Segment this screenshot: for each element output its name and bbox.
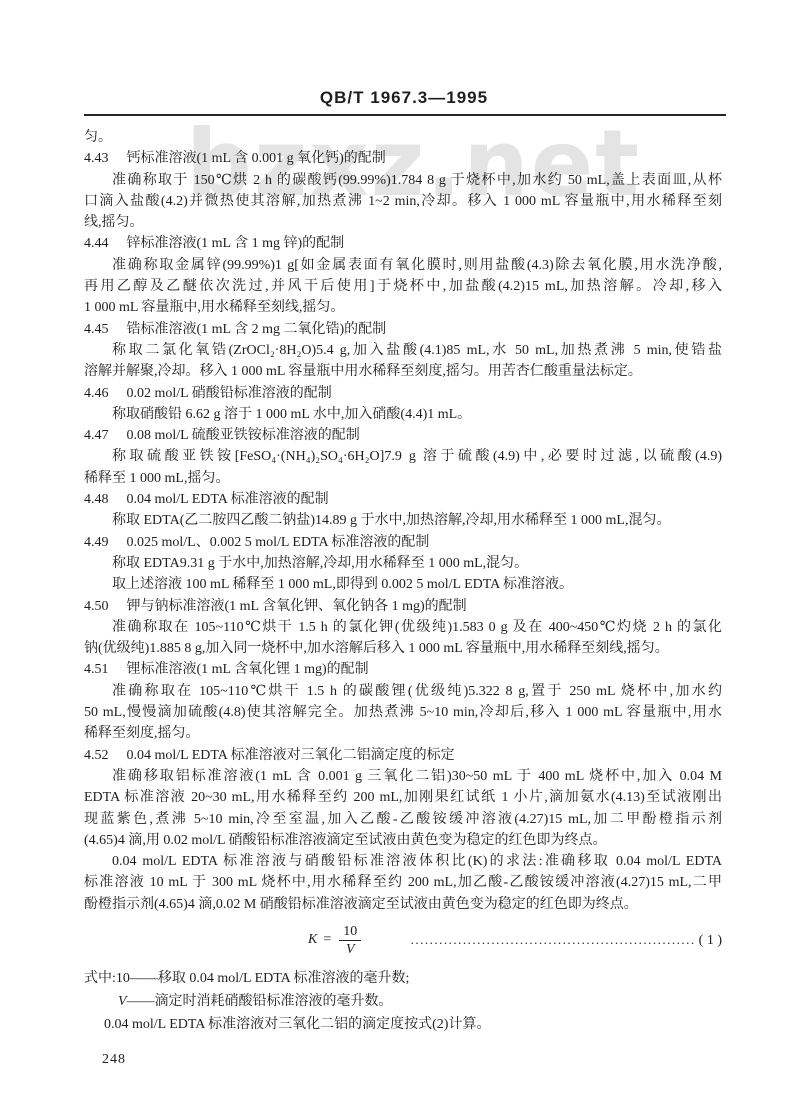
clause-title: 0.025 mol/L、0.002 5 mol/L EDTA 标准溶液的配制 <box>127 535 430 550</box>
equals-sign: = <box>323 932 331 948</box>
clause-number: 4.47 <box>84 428 109 443</box>
paragraph-line: 1 000 mL 容量瓶中,用水稀释至刻线,摇匀。 <box>84 297 722 318</box>
clause-number: 4.44 <box>84 236 109 251</box>
explanation-line: 式中:10——移取 0.04 mol/L EDTA 标准溶液的毫升数; <box>84 967 722 990</box>
clause-number: 4.50 <box>84 599 109 614</box>
paragraph-line: 称取 EDTA(乙二胺四乙酸二钠盐)14.89 g 于水中,加热溶解,冷却,用水… <box>84 510 722 531</box>
clause-number: 4.49 <box>84 535 109 550</box>
equation-leader: ........................................… <box>411 932 722 949</box>
section-heading: 4.51锂标准溶液(1 mL 含氧化锂 1 mg)的配制 <box>84 659 722 680</box>
doc-number: QB/T 1967.3—1995 <box>84 88 724 108</box>
equation-1: K = 10 V ...............................… <box>84 915 722 967</box>
section-4-49: 4.490.025 mol/L、0.002 5 mol/L EDTA 标准溶液的… <box>84 532 722 596</box>
header-divider <box>84 114 726 116</box>
paragraph-line: 准确移取铝标准溶液(1 mL 含 0.001 g 三氧化二铝)30~50 mL … <box>84 766 722 787</box>
section-4-50: 4.50钾与钠标准溶液(1 mL 含氧化钾、氧化钠各 1 mg)的配制 准确称取… <box>84 596 722 660</box>
paragraph-line: 稀释至刻度,摇匀。 <box>84 723 722 744</box>
section-4-46: 4.460.02 mol/L 硝酸铅标准溶液的配制 称取硝酸铅 6.62 g 溶… <box>84 383 722 426</box>
fraction: 10 V <box>339 923 361 958</box>
explanation-line: 0.04 mol/L EDTA 标准溶液对三氧化二铝的滴定度按式(2)计算。 <box>84 1013 722 1036</box>
fraction-denominator: V <box>346 941 355 958</box>
clause-number: 4.46 <box>84 386 109 401</box>
clause-number: 4.51 <box>84 662 109 677</box>
clause-number: 4.45 <box>84 322 109 337</box>
paragraph-line: 称取 EDTA9.31 g 于水中,加热溶解,冷却,用水稀释至 1 000 mL… <box>84 553 722 574</box>
paragraph-line: 标准溶液 10 mL 于 300 mL 烧杯中,用水稀释至约 200 mL,加乙… <box>84 872 722 893</box>
section-4-52: 4.520.04 mol/L EDTA 标准溶液对三氧化二铝滴定度的标定 准确移… <box>84 745 722 915</box>
formula-explanation: 式中:10——移取 0.04 mol/L EDTA 标准溶液的毫升数; V——滴… <box>84 967 722 1036</box>
variable-v: V <box>118 994 127 1009</box>
clause-title: 0.04 mol/L EDTA 标准溶液的配制 <box>127 492 329 507</box>
paragraph-line: 现蓝紫色,煮沸 5~10 min,冷至室温,加入乙酸-乙酸铵缓冲溶液(4.27)… <box>84 809 722 830</box>
section-heading: 4.460.02 mol/L 硝酸铅标准溶液的配制 <box>84 383 722 404</box>
equation-number: ( 1 ) <box>699 933 722 949</box>
clause-number: 4.48 <box>84 492 109 507</box>
paragraph-line: 50 mL,慢慢滴加硫酸(4.8)使其溶解完全。加热煮沸 5~10 min,冷却… <box>84 702 722 723</box>
section-4-51: 4.51锂标准溶液(1 mL 含氧化锂 1 mg)的配制 准确称取在 105~1… <box>84 659 722 744</box>
clause-title: 0.02 mol/L 硝酸铅标准溶液的配制 <box>127 386 332 401</box>
paragraph-line: 取上述溶液 100 mL 稀释至 1 000 mL,即得到 0.002 5 mo… <box>84 574 722 595</box>
clause-title: 钙标准溶液(1 mL 含 0.001 g 氧化钙)的配制 <box>127 151 386 166</box>
paragraph-line: 准确称取金属锌(99.99%)1 g[如金属表面有氧化膜时,则用盐酸(4.3)除… <box>84 255 722 276</box>
page-number: 248 <box>102 1052 126 1068</box>
explanation-line: V——滴定时消耗硝酸铅标准溶液的毫升数。 <box>84 990 722 1013</box>
clause-number: 4.52 <box>84 748 109 763</box>
section-4-44: 4.44锌标准溶液(1 mL 含 1 mg 锌)的配制 准确称取金属锌(99.9… <box>84 233 722 318</box>
section-heading: 4.50钾与钠标准溶液(1 mL 含氧化钾、氧化钠各 1 mg)的配制 <box>84 596 722 617</box>
paragraph-line: 口滴入盐酸(4.2)并微热使其溶解,加热煮沸 1~2 min,冷却。移入 1 0… <box>84 191 722 212</box>
section-4-43: 4.43钙标准溶液(1 mL 含 0.001 g 氧化钙)的配制 准确称取于 1… <box>84 148 722 233</box>
clause-title: 0.04 mol/L EDTA 标准溶液对三氧化二铝滴定度的标定 <box>127 748 455 763</box>
section-4-45: 4.45锆标准溶液(1 mL 含 2 mg 二氧化锆)的配制 称取二氯化氧锆(Z… <box>84 319 722 383</box>
clause-title: 锌标准溶液(1 mL 含 1 mg 锌)的配制 <box>127 236 345 251</box>
section-4-47: 4.470.08 mol/L 硫酸亚铁铵标准溶液的配制 称取硫酸亚铁铵[FeSO… <box>84 425 722 489</box>
paragraph-line: 再用乙醇及乙醚依次洗过,并风干后使用]于烧杯中,加盐酸(4.2)15 mL,加热… <box>84 276 722 297</box>
leader-dots: ........................................… <box>411 932 696 948</box>
paragraph-line: 溶解并解聚,冷却。移入 1 000 mL 容量瓶中用水稀释至刻度,摇匀。用苦杏仁… <box>84 361 722 382</box>
section-heading: 4.43钙标准溶液(1 mL 含 0.001 g 氧化钙)的配制 <box>84 148 722 169</box>
paragraph-line: 准确称取于 150℃烘 2 h 的碳酸钙(99.99%)1.784 8 g 于烧… <box>84 170 722 191</box>
explanation-text: ——滴定时消耗硝酸铅标准溶液的毫升数。 <box>127 994 393 1009</box>
paragraph-line: 准确称取在 105~110℃烘干 1.5 h 的氯化钾(优级纯)1.583 0 … <box>84 617 722 638</box>
clause-title: 锂标准溶液(1 mL 含氧化锂 1 mg)的配制 <box>127 662 369 677</box>
section-heading: 4.490.025 mol/L、0.002 5 mol/L EDTA 标准溶液的… <box>84 532 722 553</box>
paragraph-line: (4.65)4 滴,用 0.02 mol/L 硝酸铅标准溶液滴定至试液由黄色变为… <box>84 830 722 851</box>
paragraph-line: 称取硝酸铅 6.62 g 溶于 1 000 mL 水中,加入硝酸(4.4)1 m… <box>84 404 722 425</box>
section-heading: 4.44锌标准溶液(1 mL 含 1 mg 锌)的配制 <box>84 233 722 254</box>
document-page: bzxz.net QB/T 1967.3—1995 匀。 4.43钙标准溶液(1… <box>0 0 800 1110</box>
section-heading: 4.470.08 mol/L 硫酸亚铁铵标准溶液的配制 <box>84 425 722 446</box>
paragraph-line: 酚橙指示剂(4.65)4 滴,0.02 M 硝酸铅标准溶液滴定至试液由黄色变为稳… <box>84 894 722 915</box>
clause-title: 钾与钠标准溶液(1 mL 含氧化钾、氧化钠各 1 mg)的配制 <box>127 599 467 614</box>
paragraph-line: 称取二氯化氧锆(ZrOCl₂·8H₂O)5.4 g,加入盐酸(4.1)85 mL… <box>84 340 722 361</box>
paragraph-line: 准确称取在 105~110℃烘干 1.5 h 的碳酸锂(优级纯)5.322 8 … <box>84 681 722 702</box>
clause-number: 4.43 <box>84 151 109 166</box>
continuation-line: 匀。 <box>84 127 722 148</box>
section-heading: 4.480.04 mol/L EDTA 标准溶液的配制 <box>84 489 722 510</box>
paragraph-line: 线,摇匀。 <box>84 212 722 233</box>
clause-title: 0.08 mol/L 硫酸亚铁铵标准溶液的配制 <box>127 428 360 443</box>
paragraph-line: 钠(优级纯)1.885 8 g,加入同一烧杯中,加水溶解后移入 1 000 mL… <box>84 638 722 659</box>
section-heading: 4.45锆标准溶液(1 mL 含 2 mg 二氧化锆)的配制 <box>84 319 722 340</box>
section-4-48: 4.480.04 mol/L EDTA 标准溶液的配制 称取 EDTA(乙二胺四… <box>84 489 722 532</box>
paragraph-line: 0.04 mol/L EDTA 标准溶液与硝酸铅标准溶液体积比(K)的求法:准确… <box>84 851 722 872</box>
section-heading: 4.520.04 mol/L EDTA 标准溶液对三氧化二铝滴定度的标定 <box>84 745 722 766</box>
paragraph-line: 稀释至 1 000 mL,摇匀。 <box>84 468 722 489</box>
document-body: 匀。 4.43钙标准溶液(1 mL 含 0.001 g 氧化钙)的配制 准确称取… <box>84 127 722 1036</box>
paragraph-line: EDTA 标准溶液 20~30 mL,用水稀释至约 200 mL,加刚果红试纸 … <box>84 787 722 808</box>
formula-variable-k: K <box>308 932 317 948</box>
clause-title: 锆标准溶液(1 mL 含 2 mg 二氧化锆)的配制 <box>127 322 387 337</box>
paragraph-line: 称取硫酸亚铁铵[FeSO₄·(NH₄)₂SO₄·6H₂O]7.9 g 溶于硫酸(… <box>84 446 722 467</box>
fraction-numerator: 10 <box>339 923 361 941</box>
